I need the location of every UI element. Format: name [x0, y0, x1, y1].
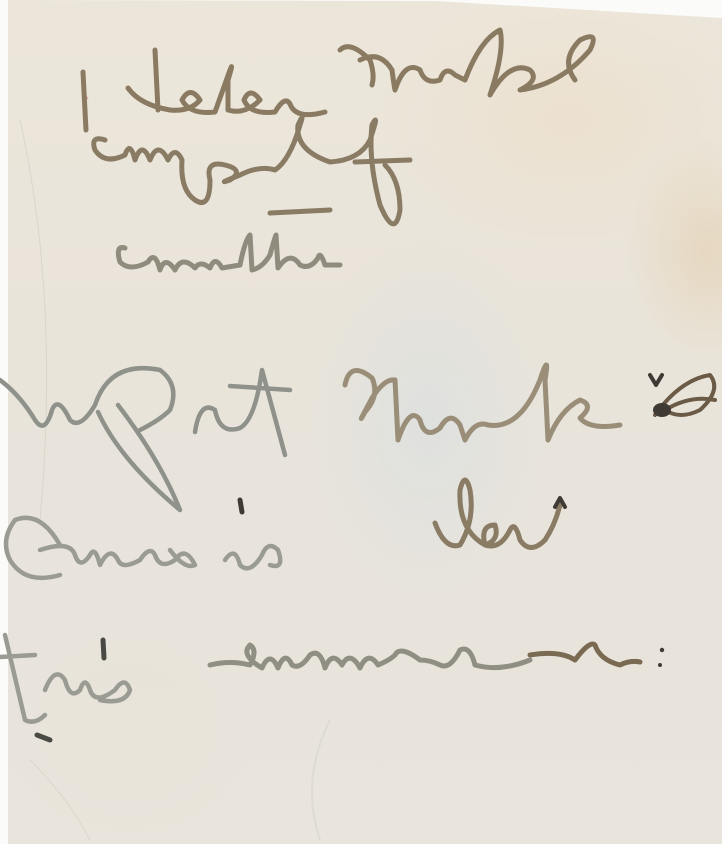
note-line-helen-marks: Helen Marks — [80, 40, 447, 105]
note-line-myself: myself — [90, 125, 275, 190]
scanned-note: Helen Marks myself Martha u Pit Marks Ru… — [0, 0, 722, 844]
handwriting-line-5-low — [435, 480, 565, 548]
note-line-pit-marks: u Pit Marks — [0, 360, 354, 430]
note-line-this-summer: this summer. — [0, 630, 366, 695]
handwriting-ink-blot — [650, 375, 715, 417]
note-line-runes-is-low: Runes is low — [0, 500, 358, 565]
note-line-martha: Martha — [118, 225, 313, 285]
handwriting-line-6-end — [530, 644, 664, 667]
handwriting-line-4-marks — [345, 365, 620, 440]
